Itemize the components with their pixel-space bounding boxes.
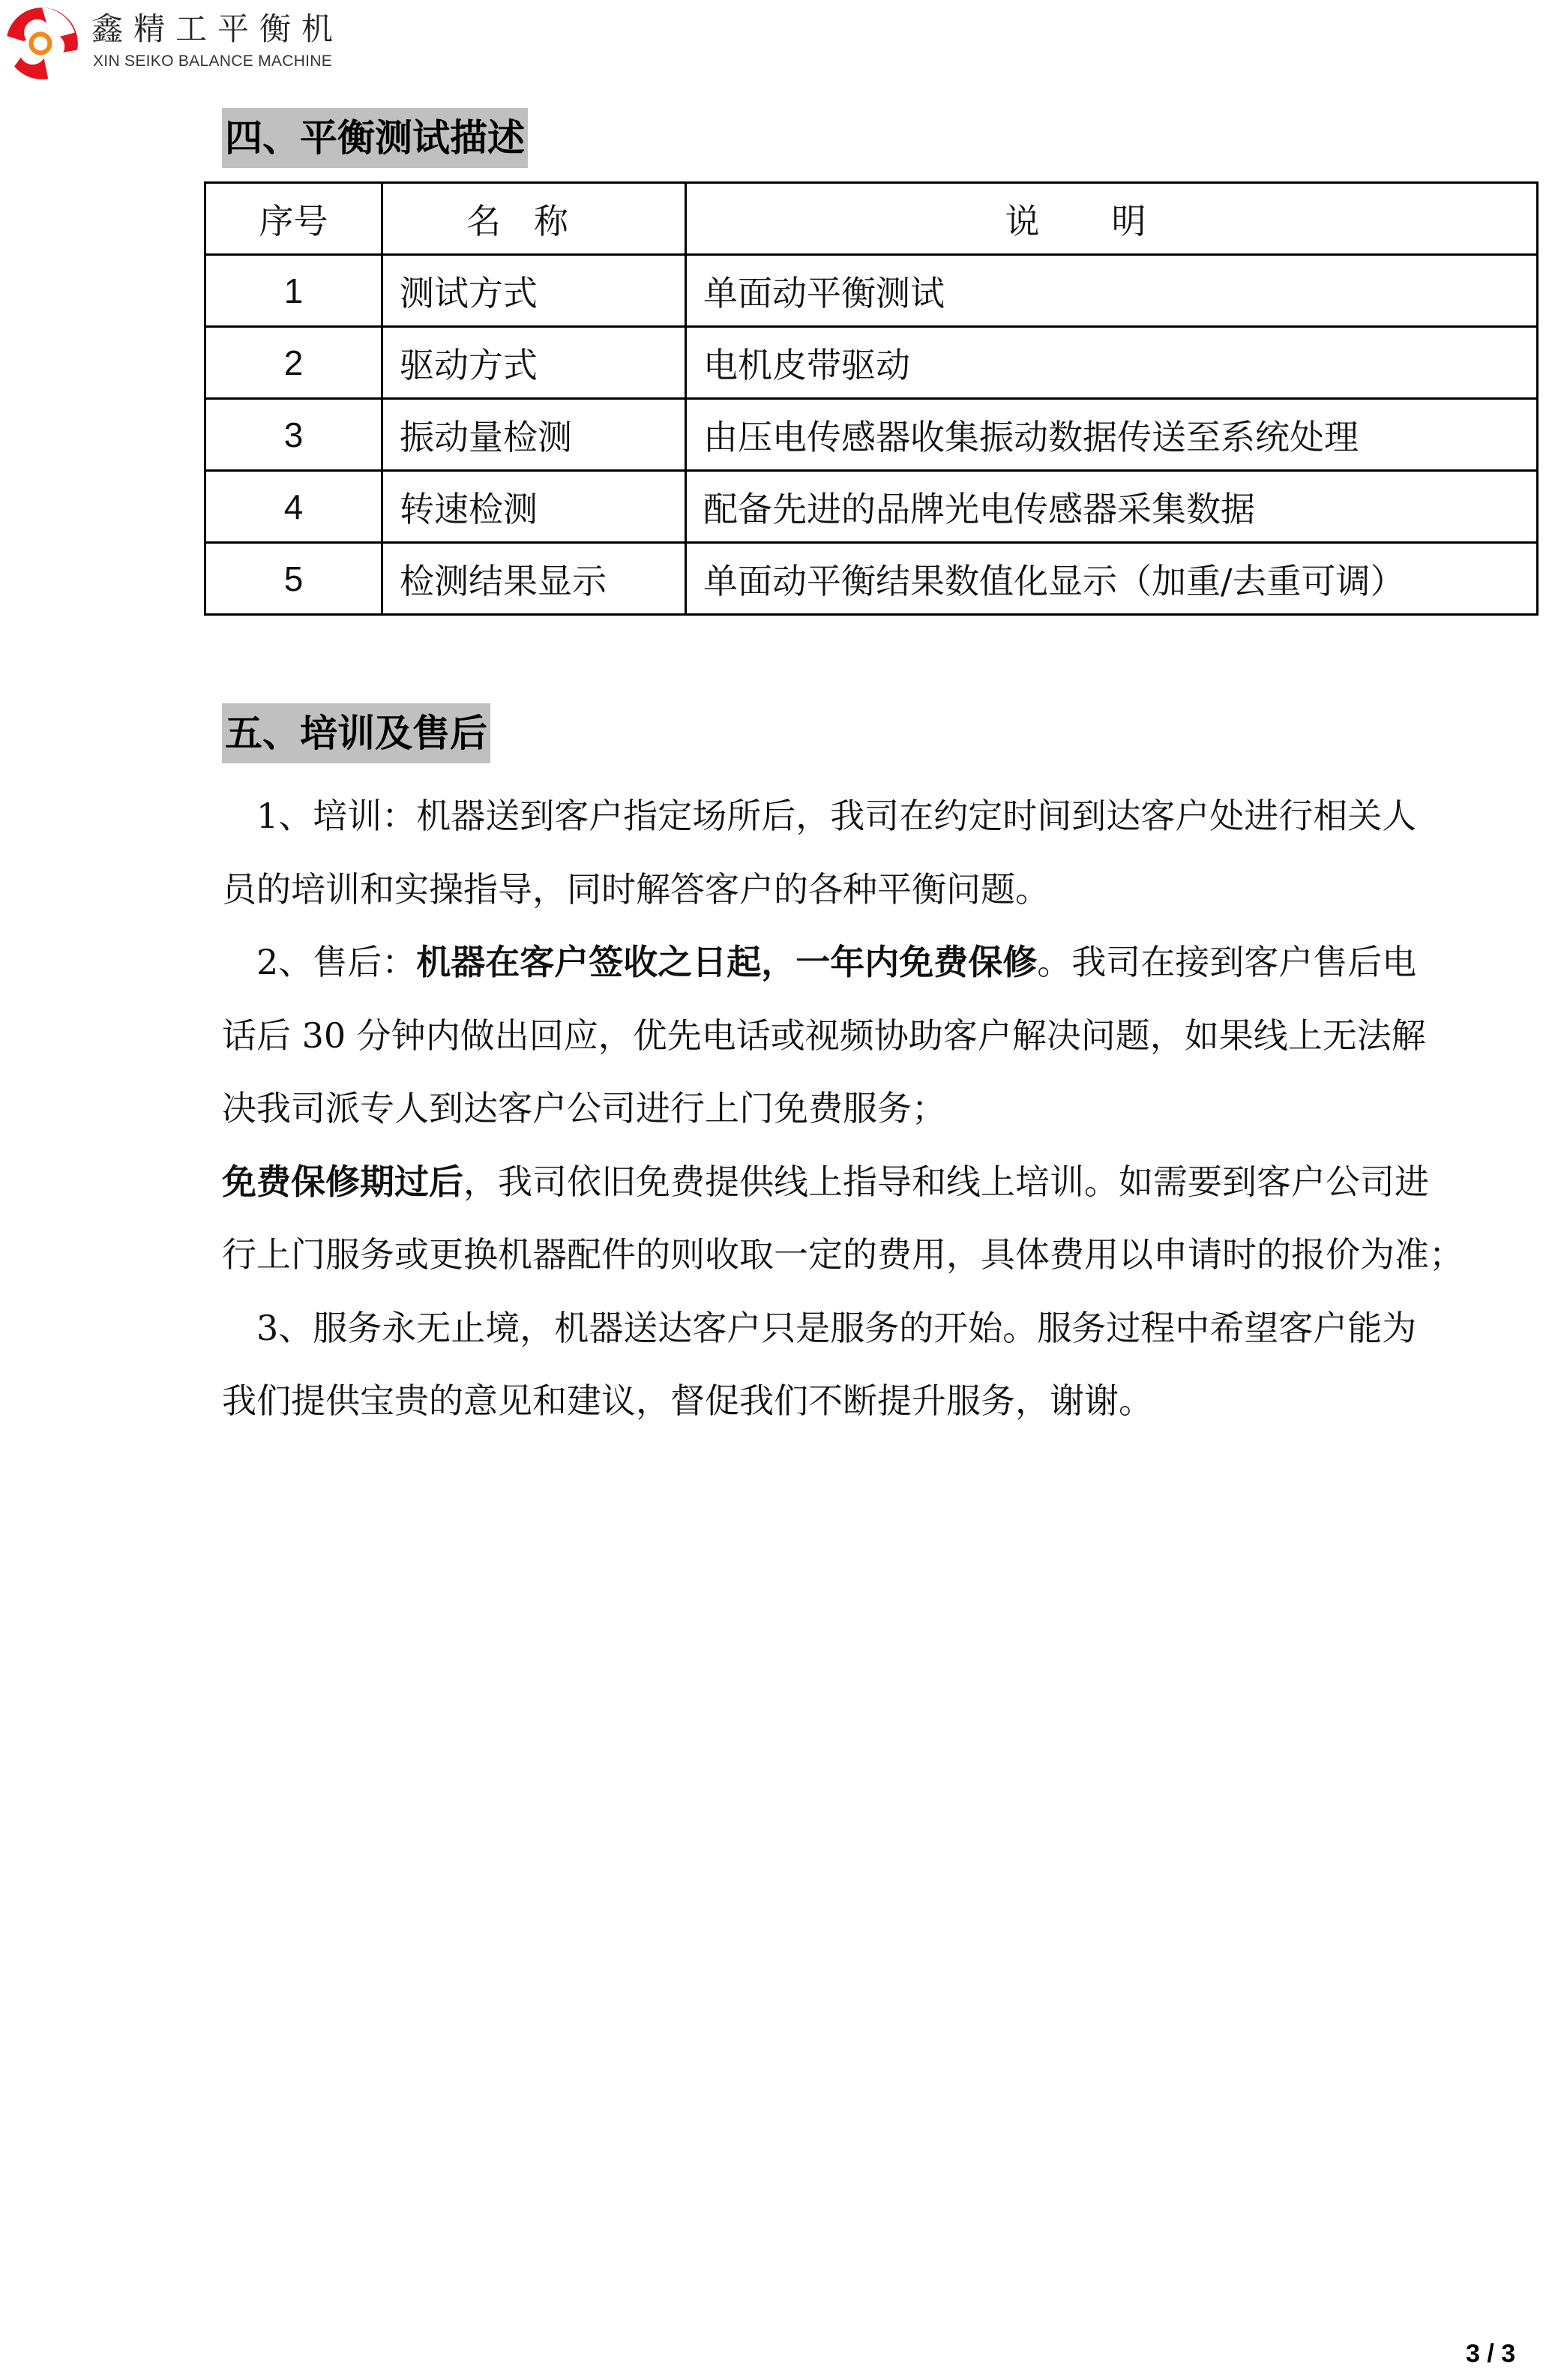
column-header-name: 名称 [382,183,686,255]
paragraph-service-line: 3、服务永无止境，机器送达客户只是服务的开始。服务过程中希望客户能为 [222,1292,1542,1365]
table-row: 1 测试方式 单面动平衡测试 [205,255,1538,327]
cell-desc: 由压电传感器收集振动数据传送至系统处理 [686,399,1538,471]
cell-desc: 配备先进的品牌光电传感器采集数据 [686,471,1538,543]
cell-desc: 电机皮带驱动 [686,327,1538,399]
post-warranty-text: ，我司依旧免费提供线上指导和线上培训。如需要到客户公司进 [463,1162,1429,1202]
logo-chinese-name: 鑫精工平衡机 [91,10,343,48]
section-heading-test-description: 四、平衡测试描述 [222,108,528,168]
cell-no: 5 [205,543,382,615]
page-number: 3 / 3 [1466,2340,1515,2369]
cell-no: 4 [205,471,382,543]
paragraph-post-warranty-line: 行上门服务或更换机器配件的则收取一定的费用，具体费用以申请时的报价为准； [222,1218,1542,1292]
section-heading-training-after-sales: 五、培训及售后 [222,703,490,763]
cell-name: 振动量检测 [382,399,686,471]
cell-name: 驱动方式 [382,327,686,399]
paragraph-after-sales-line: 2、售后：机器在客户签收之日起，一年内免费保修。我司在接到客户售后电 [222,926,1542,1000]
company-logo: 鑫精工平衡机 XIN SEIKO BALANCE MACHINE [0,0,330,86]
after-sales-label: 2、售后： [256,942,416,982]
cell-desc: 单面动平衡测试 [686,255,1538,327]
cell-name: 检测结果显示 [382,543,686,615]
logo-mark-icon [3,4,81,82]
balance-test-table: 序号 名称 说明 1 测试方式 单面动平衡测试 2 驱动方式 电机皮带驱动 3 … [204,181,1539,616]
cell-desc: 单面动平衡结果数值化显示（加重/去重可调） [686,543,1538,615]
table-row: 5 检测结果显示 单面动平衡结果数值化显示（加重/去重可调） [205,543,1538,615]
after-sales-text: 。我司在接到客户售后电 [1037,942,1416,982]
cell-name: 测试方式 [382,255,686,327]
logo-english-name: XIN SEIKO BALANCE MACHINE [93,52,332,70]
warranty-emphasis: 机器在客户签收之日起，一年内免费保修 [416,942,1037,982]
paragraph-post-warranty-line: 免费保修期过后，我司依旧免费提供线上指导和线上培训。如需要到客户公司进 [222,1146,1542,1219]
cell-no: 3 [205,399,382,471]
cell-no: 2 [205,327,382,399]
column-header-desc: 说明 [686,183,1538,255]
table-row: 4 转速检测 配备先进的品牌光电传感器采集数据 [205,471,1538,543]
cell-no: 1 [205,255,382,327]
post-warranty-emphasis: 免费保修期过后 [222,1162,463,1202]
training-after-sales-body: 1、培训：机器送到客户指定场所后，我司在约定时间到达客户处进行相关人 员的培训和… [222,780,1542,1438]
paragraph-training-line: 员的培训和实操指导，同时解答客户的各种平衡问题。 [222,853,1542,927]
table-row: 2 驱动方式 电机皮带驱动 [205,327,1538,399]
cell-name: 转速检测 [382,471,686,543]
paragraph-after-sales-line: 话后 30 分钟内做出回应，优先电话或视频协助客户解决问题，如果线上无法解 [222,1000,1542,1073]
column-header-no: 序号 [205,183,382,255]
paragraph-after-sales-line: 决我司派专人到达客户公司进行上门免费服务； [222,1072,1542,1146]
table-row: 3 振动量检测 由压电传感器收集振动数据传送至系统处理 [205,399,1538,471]
paragraph-training-line: 1、培训：机器送到客户指定场所后，我司在约定时间到达客户处进行相关人 [222,780,1542,853]
paragraph-service-line: 我们提供宝贵的意见和建议，督促我们不断提升服务，谢谢。 [222,1365,1542,1438]
table-header-row: 序号 名称 说明 [205,183,1538,255]
